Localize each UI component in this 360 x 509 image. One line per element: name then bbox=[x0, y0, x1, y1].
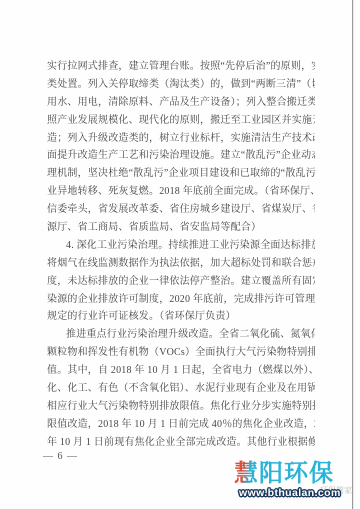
doc-line: 理机制，坚决杜绝“散乱污”企业项目建设和已取缔的“散乱污”企 bbox=[47, 165, 315, 183]
doc-line: 造；列入升级改造类的，树立行业标杆，实施清洁生产技术改造，全 bbox=[47, 130, 315, 148]
watermark-brand-logo: 慧阳环保 bbox=[234, 461, 334, 487]
doc-line: 规定的行业许可证核发。（省环保厅负责） bbox=[47, 308, 315, 326]
page-number: — 6 — bbox=[43, 450, 78, 464]
doc-line: 颗粒物和挥发性有机物（VOCs）全面执行大气污染物特别排放限 bbox=[47, 344, 315, 362]
doc-line-item-4-heading: 4. 深化工业污染治理。持续推进工业污染源全面达标排放， bbox=[47, 237, 315, 255]
doc-line: 年 10 月 1 日前现有焦化企业全部完成改造。其他行业根据修订 bbox=[47, 434, 315, 452]
doc-line: 染源的企业排放许可制度，2020 年底前，完成排污许可管理名录 bbox=[47, 291, 315, 309]
watermark-brand-first-char: 慧 bbox=[234, 460, 259, 487]
doc-line: 用水、用电，清除原料、产品及生产设备）；列入整合搬迁类的，要按 bbox=[47, 94, 315, 112]
watermark-brand-rest: 阳环保 bbox=[259, 460, 334, 487]
doc-line-paragraph-start: 推进重点行业污染治理升级改造。全省二氧化硫、氮氧化物、 bbox=[47, 326, 315, 344]
doc-line: 面提升改造生产工艺和污染治理设施。建立“散乱污”企业动态管 bbox=[47, 147, 315, 165]
document-body: 实行拉网式排查，建立管理台账。按照“先停后治”的原则，实施分 类处置。列入关停取… bbox=[47, 58, 315, 452]
doc-line: 限值改造，2018 年 10 月 1 日前完成 40％的焦化企业改造，2019 bbox=[47, 416, 315, 434]
vendor-watermark: 慧阳环保 环保管家 www.bthualan.com bbox=[232, 461, 358, 507]
page-edge-line bbox=[352, 0, 353, 509]
doc-line: 化、化工、有色（不含氧化铝）、水泥行业现有企业及在用锅炉执行 bbox=[47, 380, 315, 398]
doc-line: 业异地转移、死灰复燃。2018 年底前全面完成。（省环保厅、省经 bbox=[47, 183, 315, 201]
scanned-document-page: 实行拉网式排查，建立管理台账。按照“先停后治”的原则，实施分 类处置。列入关停取… bbox=[0, 0, 360, 509]
watermark-website-url: www.bthualan.com bbox=[239, 487, 341, 499]
doc-line: 值。其中，自 2018 年 10 月 1 日起，全省电力（燃煤以外）、钢铁、石 bbox=[47, 362, 315, 380]
doc-line: 相应行业大气污染物特别排放限值。焦化行业分步实施特别排放 bbox=[47, 398, 315, 416]
doc-line: 度，未达标排放的企业一律依法停产整治。建立覆盖所有固定污 bbox=[47, 273, 315, 291]
doc-line: 信委牵头，省发展改革委、省住房城乡建设厅、省煤炭厅、省国土资 bbox=[47, 201, 315, 219]
doc-line: 将烟气在线监测数据作为执法依据，加大超标处罚和联合惩戒力 bbox=[47, 255, 315, 273]
doc-line: 源厅、省工商局、省质监局、省安监局等配合） bbox=[47, 219, 315, 237]
doc-line: 类处置。列入关停取缔类（淘汰类）的，做到“两断三清”（切断工业 bbox=[47, 76, 315, 94]
doc-line: 实行拉网式排查，建立管理台账。按照“先停后治”的原则，实施分 bbox=[47, 58, 315, 76]
doc-line: 照产业发展规模化、现代化的原则，搬迁至工业园区并实施升级改 bbox=[47, 112, 315, 130]
